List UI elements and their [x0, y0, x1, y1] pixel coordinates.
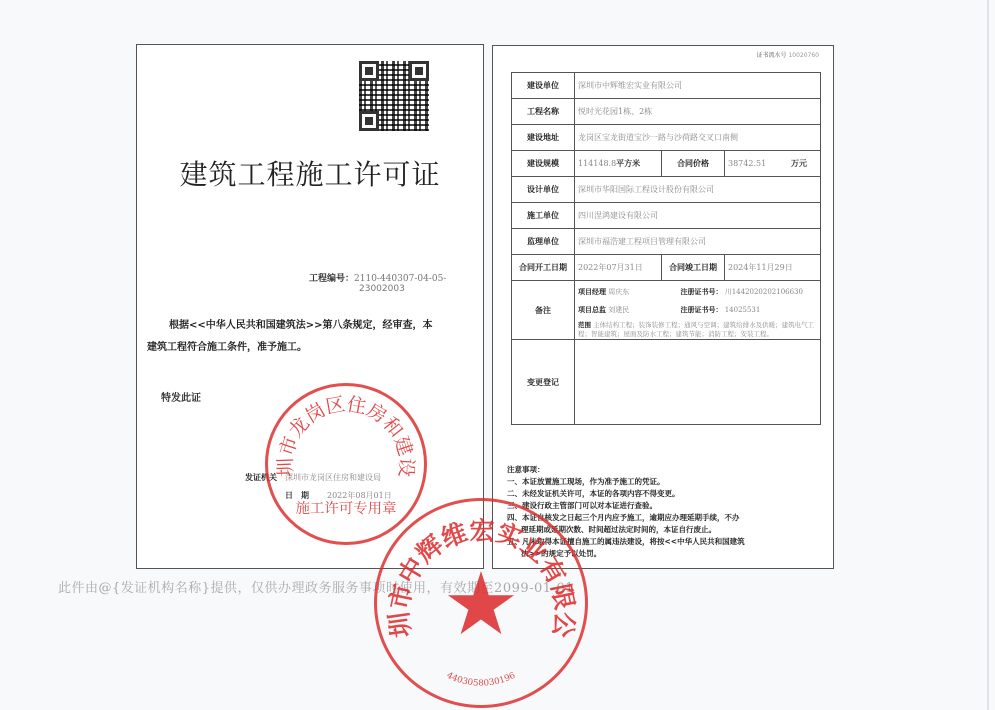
- manager-line: 项目经理 周庆东 注册证书号： 川1442020202106630: [578, 283, 817, 301]
- builder-value: 深圳市中辉维宏实业有限公司: [575, 73, 821, 99]
- company-seal-text: 深圳市中辉维宏实业有限公司 4403058030196: [377, 501, 585, 705]
- statement-line-2: 建筑工程符合施工条件，准予施工。: [147, 337, 475, 359]
- note-item: 二、未经发证机关许可，本证的各项内容不得变更。: [507, 488, 745, 500]
- scale-value: 114148.8: [578, 159, 616, 168]
- serial-label: 证书流水号: [757, 52, 787, 59]
- scope-label: 范围: [578, 321, 591, 329]
- table-row: 建设单位 深圳市中辉维宏实业有限公司: [512, 73, 821, 99]
- chief-line: 项目总监 刘建民 注册证书号： 14025531: [578, 301, 817, 319]
- chief-value: 刘建民: [608, 301, 678, 319]
- remarks-label: 备注: [512, 281, 575, 340]
- scale-cell: 114148.8平方米: [575, 151, 662, 177]
- supervisor-label: 监理单位: [512, 229, 575, 255]
- manager-value: 周庆东: [608, 283, 678, 301]
- page-edge: [987, 0, 989, 710]
- table-row: 建设规模 114148.8平方米 合同价格 38742.51 万元: [512, 151, 821, 177]
- price-label: 合同价格: [662, 151, 725, 177]
- svg-text:深圳市龙岗区住房和建设局: 深圳市龙岗区住房和建设局: [268, 386, 418, 477]
- change-log-value: [575, 340, 821, 425]
- permit-title: 建筑工程施工许可证: [137, 153, 483, 193]
- builder-label: 建设单位: [512, 73, 575, 99]
- table-row: 监理单位 深圳市福浩建工程项目管理有限公司: [512, 229, 821, 255]
- contractor-value: 四川涅鸿建设有限公司: [575, 203, 821, 229]
- project-number-label: 工程编号：: [309, 274, 354, 284]
- table-row: 变更登记: [512, 340, 821, 425]
- note-item: 一、本证放置施工现场，作为准予施工的凭证。: [507, 476, 745, 488]
- end-date-value: 2024年11月29日: [725, 255, 821, 281]
- table-row: 工程名称 悦时光花园1栋、2栋: [512, 99, 821, 125]
- special-issue-text: 特发此证: [161, 389, 201, 404]
- price-unit: 万元: [788, 151, 821, 177]
- serial-value: 10020760: [788, 52, 819, 59]
- permit-info-table: 建设单位 深圳市中辉维宏实业有限公司 工程名称 悦时光花园1栋、2栋 建设地址 …: [511, 72, 821, 425]
- project-name-value: 悦时光花园1栋、2栋: [575, 99, 821, 125]
- chief-cert-label: 注册证书号：: [680, 306, 722, 314]
- manager-cert-label: 注册证书号：: [680, 288, 722, 296]
- table-row: 建设地址 龙岗区宝龙街道宝沙一路与沙荷路交叉口南侧: [512, 125, 821, 151]
- notes-title: 注意事项：: [507, 464, 745, 476]
- scale-label: 建设规模: [512, 151, 575, 177]
- contractor-label: 施工单位: [512, 203, 575, 229]
- scope-value: 主体结构工程；装饰装修工程；通风与空调；建筑给排水及供暖；建筑电气工程；智能建筑…: [578, 321, 814, 338]
- end-date-label: 合同竣工日期: [662, 255, 725, 281]
- scope-line: 范围 主体结构工程；装饰装修工程；通风与空调；建筑给排水及供暖；建筑电气工程；智…: [578, 319, 817, 339]
- serial-number: 证书流水号 10020760: [757, 50, 819, 59]
- start-date-label: 合同开工日期: [512, 255, 575, 281]
- remarks-content: 项目经理 周庆东 注册证书号： 川1442020202106630 项目总监 刘…: [575, 281, 821, 340]
- project-number-value-cont: 23002003: [309, 284, 446, 294]
- permit-detail-page: 证书流水号 10020760 建设单位 深圳市中辉维宏实业有限公司 工程名称 悦…: [492, 45, 834, 569]
- table-row: 施工单位 四川涅鸿建设有限公司: [512, 203, 821, 229]
- supervisor-value: 深圳市福浩建工程项目管理有限公司: [575, 229, 821, 255]
- permit-statement: 根据<<中华人民共和国建筑法>>第八条规定，经审查，本 建筑工程符合施工条件，准…: [147, 315, 475, 359]
- address-value: 龙岗区宝龙街道宝沙一路与沙荷路交叉口南侧: [575, 125, 821, 151]
- manager-cert-value: 川1442020202106630: [725, 288, 803, 296]
- svg-text:4403058030196: 4403058030196: [445, 671, 517, 689]
- change-log-label: 变更登记: [512, 340, 575, 425]
- start-date-value: 2022年07月31日: [575, 255, 662, 281]
- manager-label: 项目经理: [578, 288, 606, 296]
- qr-code-icon[interactable]: [359, 61, 429, 131]
- project-number-value: 2110-440307-04-05-: [354, 274, 446, 284]
- company-seal: 深圳市中辉维宏实业有限公司 4403058030196: [374, 498, 588, 708]
- table-row: 合同开工日期 2022年07月31日 合同竣工日期 2024年11月29日: [512, 255, 821, 281]
- table-row: 备注 项目经理 周庆东 注册证书号： 川1442020202106630 项目总…: [512, 281, 821, 340]
- project-number: 工程编号：2110-440307-04-05- 23002003: [309, 271, 446, 294]
- project-name-label: 工程名称: [512, 99, 575, 125]
- chief-cert-value: 14025531: [725, 306, 761, 314]
- address-label: 建设地址: [512, 125, 575, 151]
- statement-line-1: 根据<<中华人民共和国建筑法>>第八条规定，经审查，本: [147, 315, 475, 337]
- price-value: 38742.51: [725, 151, 789, 177]
- chief-label: 项目总监: [578, 306, 606, 314]
- designer-value: 深圳市华阳国际工程设计股份有限公司: [575, 177, 821, 203]
- table-row: 设计单位 深圳市华阳国际工程设计股份有限公司: [512, 177, 821, 203]
- designer-label: 设计单位: [512, 177, 575, 203]
- scale-unit: 平方米: [616, 159, 640, 168]
